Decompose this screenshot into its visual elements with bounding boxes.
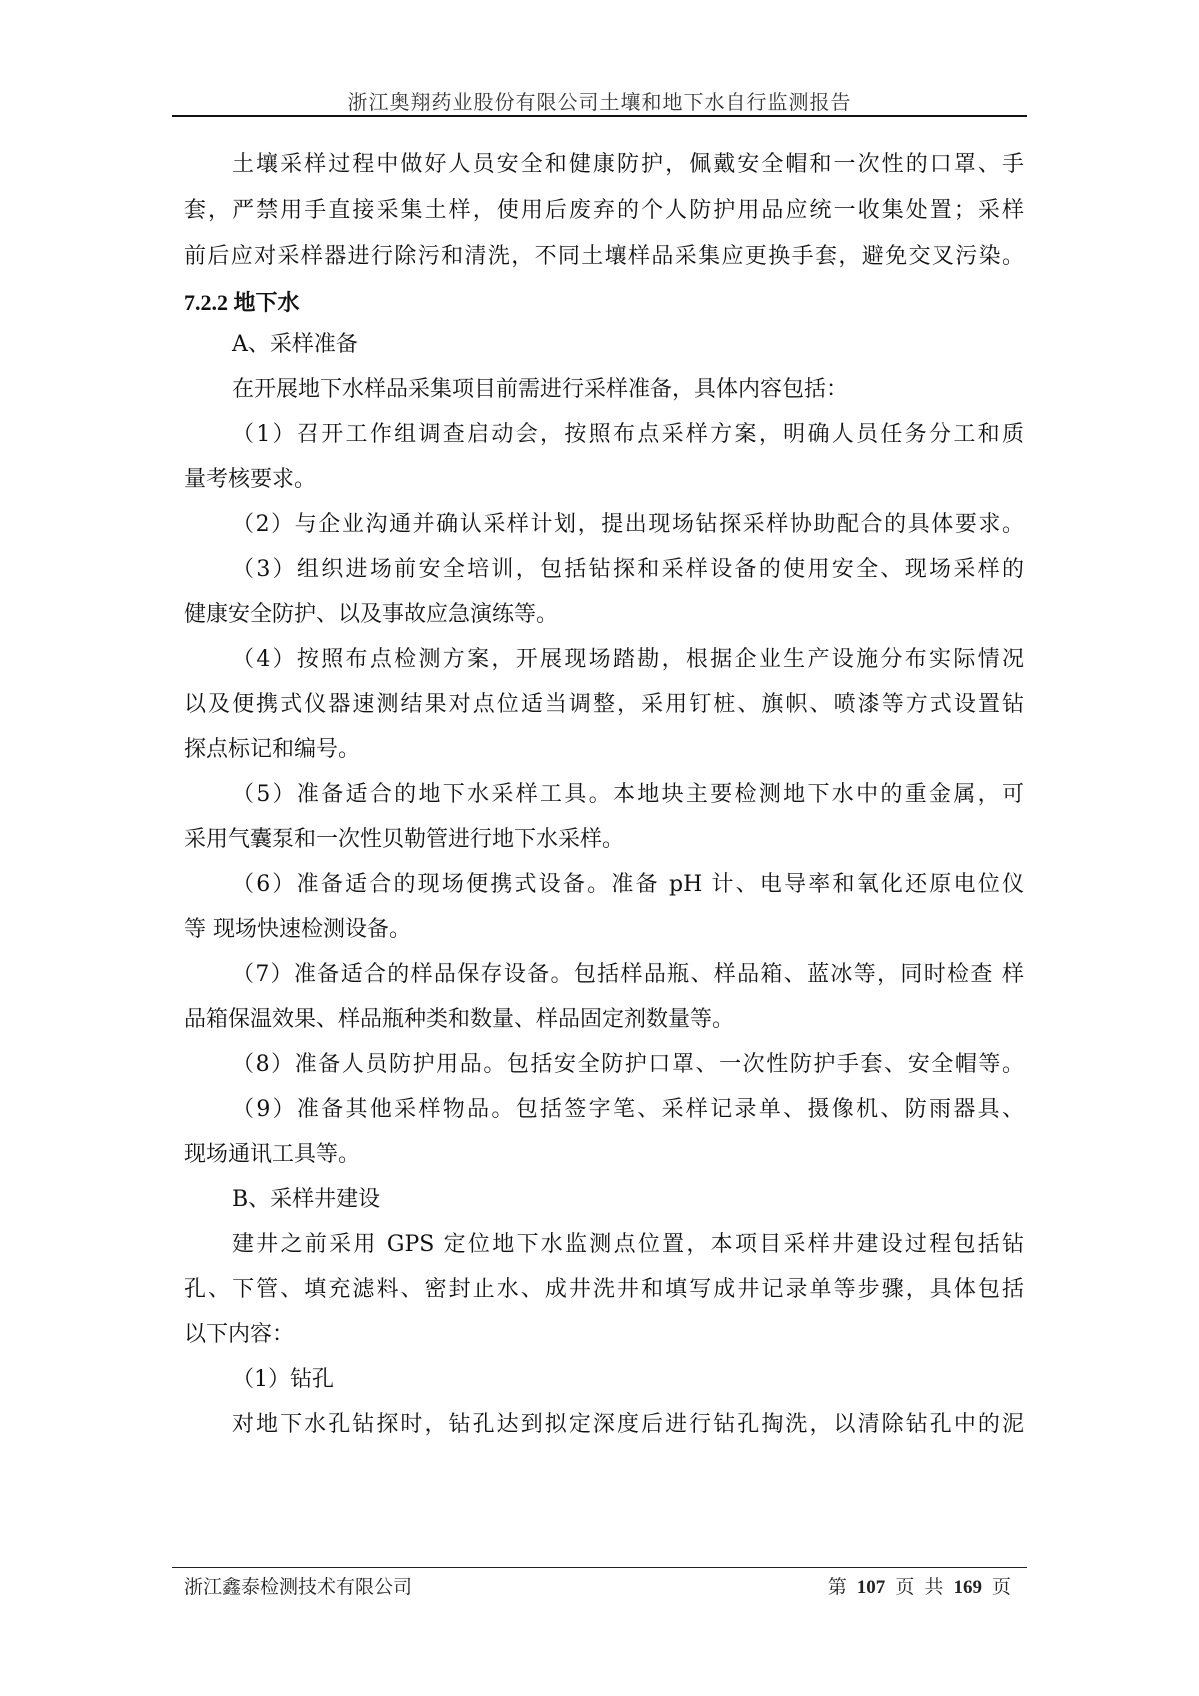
list-item-line: （8）准备人员防护用品。包括安全防护口罩、一次性防护手套、安全帽等。 [232,1050,1024,1080]
step-heading: （1）钻孔 [232,1365,334,1395]
page-mid: 页 共 [895,1576,943,1598]
section-heading: 7.2.2 地下水 [184,288,300,318]
paragraph-line: 对地下水孔钻探时，钻孔达到拟定深度后进行钻孔掏洗，以清除钻孔中的泥 [232,1410,1024,1440]
header-divider [172,115,1027,117]
list-item-line: （5）准备适合的地下水采样工具。本地块主要检测地下水中的重金属，可 [232,780,1024,810]
page-total: 169 [953,1577,982,1598]
list-item-line: （2）与企业沟通并确认采样计划，提出现场钻探采样协助配合的具体要求。 [232,510,1024,540]
list-item-line: （3）组织进场前安全培训，包括钻探和采样设备的使用安全、现场采样的 [232,555,1024,585]
paragraph-line: 前后应对采样器进行除污和清洗，不同土壤样品采集应更换手套，避免交叉污染。 [184,242,1024,272]
footer-company: 浙江鑫泰检测技术有限公司 [184,1572,412,1599]
list-item-line: 量考核要求。 [184,465,316,495]
list-item-line: 采用气囊泵和一次性贝勒管进行地下水采样。 [184,825,624,855]
page-current: 107 [857,1577,886,1598]
page-suffix: 页 [992,1576,1011,1598]
list-item-line: 探点标记和编号。 [184,735,360,765]
list-item-line: 现场通讯工具等。 [184,1140,360,1170]
report-title: 浙江奥翔药业股份有限公司土壤和地下水自行监测报告 [0,86,1199,115]
footer-divider [172,1567,1027,1568]
page-prefix: 第 [828,1576,847,1598]
list-item-line: （1）召开工作组调查启动会，按照布点采样方案，明确人员任务分工和质 [232,420,1024,450]
paragraph-line: 孔、下管、填充滤料、密封止水、成井洗井和填写成井记录单等步骤，具体包括 [184,1275,1024,1305]
subsection-heading-b: B、采样井建设 [232,1185,380,1215]
page-number: 第 107 页 共 169 页 [828,1572,1011,1599]
list-item-line: （7）准备适合的样品保存设备。包括样品瓶、样品箱、蓝冰等，同时检查 样 [232,960,1024,990]
paragraph-line: 在开展地下水样品采集项目前需进行采样准备，具体内容包括： [232,375,848,405]
list-item-line: （6）准备适合的现场便携式设备。准备 pH 计、电导率和氧化还原电位仪 [232,870,1024,900]
paragraph-line: 土壤采样过程中做好人员安全和健康防护，佩戴安全帽和一次性的口罩、手 [232,150,1024,180]
list-item-line: 以及便携式仪器速测结果对点位适当调整，采用钉桩、旗帜、喷漆等方式设置钻 [184,690,1024,720]
paragraph-line: 套，严禁用手直接采集土样，使用后废弃的个人防护用品应统一收集处置；采样 [184,196,1024,226]
subsection-heading-a: A、采样准备 [232,330,358,360]
list-item-line: 品箱保温效果、样品瓶种类和数量、样品固定剂数量等。 [184,1005,734,1035]
list-item-line: 健康安全防护、以及事故应急演练等。 [184,600,558,630]
paragraph-line: 以下内容： [184,1320,294,1350]
list-item-line: （9）准备其他采样物品。包括签字笔、采样记录单、摄像机、防雨器具、 [232,1095,1024,1125]
list-item-line: 等 现场快速检测设备。 [184,915,411,945]
list-item-line: （4）按照布点检测方案，开展现场踏勘，根据企业生产设施分布实际情况 [232,645,1024,675]
paragraph-line: 建井之前采用 GPS 定位地下水监测点位置，本项目采样井建设过程包括钻 [232,1230,1024,1260]
